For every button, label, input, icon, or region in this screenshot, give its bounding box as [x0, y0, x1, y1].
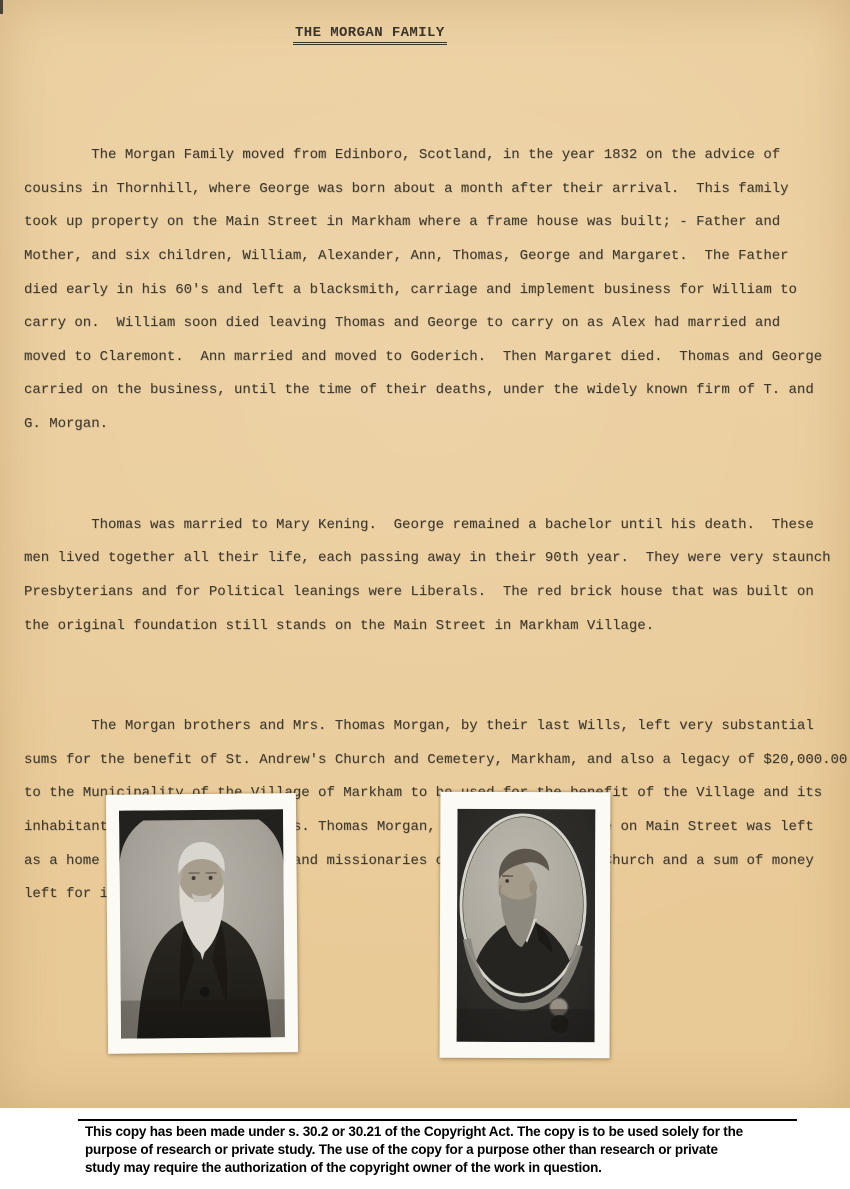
document-title: THE MORGAN FAMILY — [293, 25, 447, 45]
copyright-divider-line — [78, 1119, 797, 1121]
paragraph-family-history: The Morgan Family moved from Edinboro, S… — [24, 139, 850, 441]
copyright-notice-text: This copy has been made under s. 30.2 or… — [85, 1123, 805, 1177]
scanned-page: THE MORGAN FAMILY The Morgan Family move… — [0, 0, 850, 1189]
copyright-notice: This copy has been made under s. 30.2 or… — [0, 1108, 850, 1189]
scan-edge-artifact — [0, 0, 3, 14]
portrait-photo-left — [106, 793, 298, 1054]
portrait-left-image — [119, 809, 285, 1038]
document-paper: THE MORGAN FAMILY The Morgan Family move… — [0, 0, 850, 1108]
portrait-photo-right — [440, 792, 611, 1059]
paragraph-brothers: Thomas was married to Mary Kening. Georg… — [24, 509, 850, 643]
document-title-text: THE MORGAN FAMILY — [293, 25, 447, 45]
portrait-right-image — [457, 809, 596, 1042]
